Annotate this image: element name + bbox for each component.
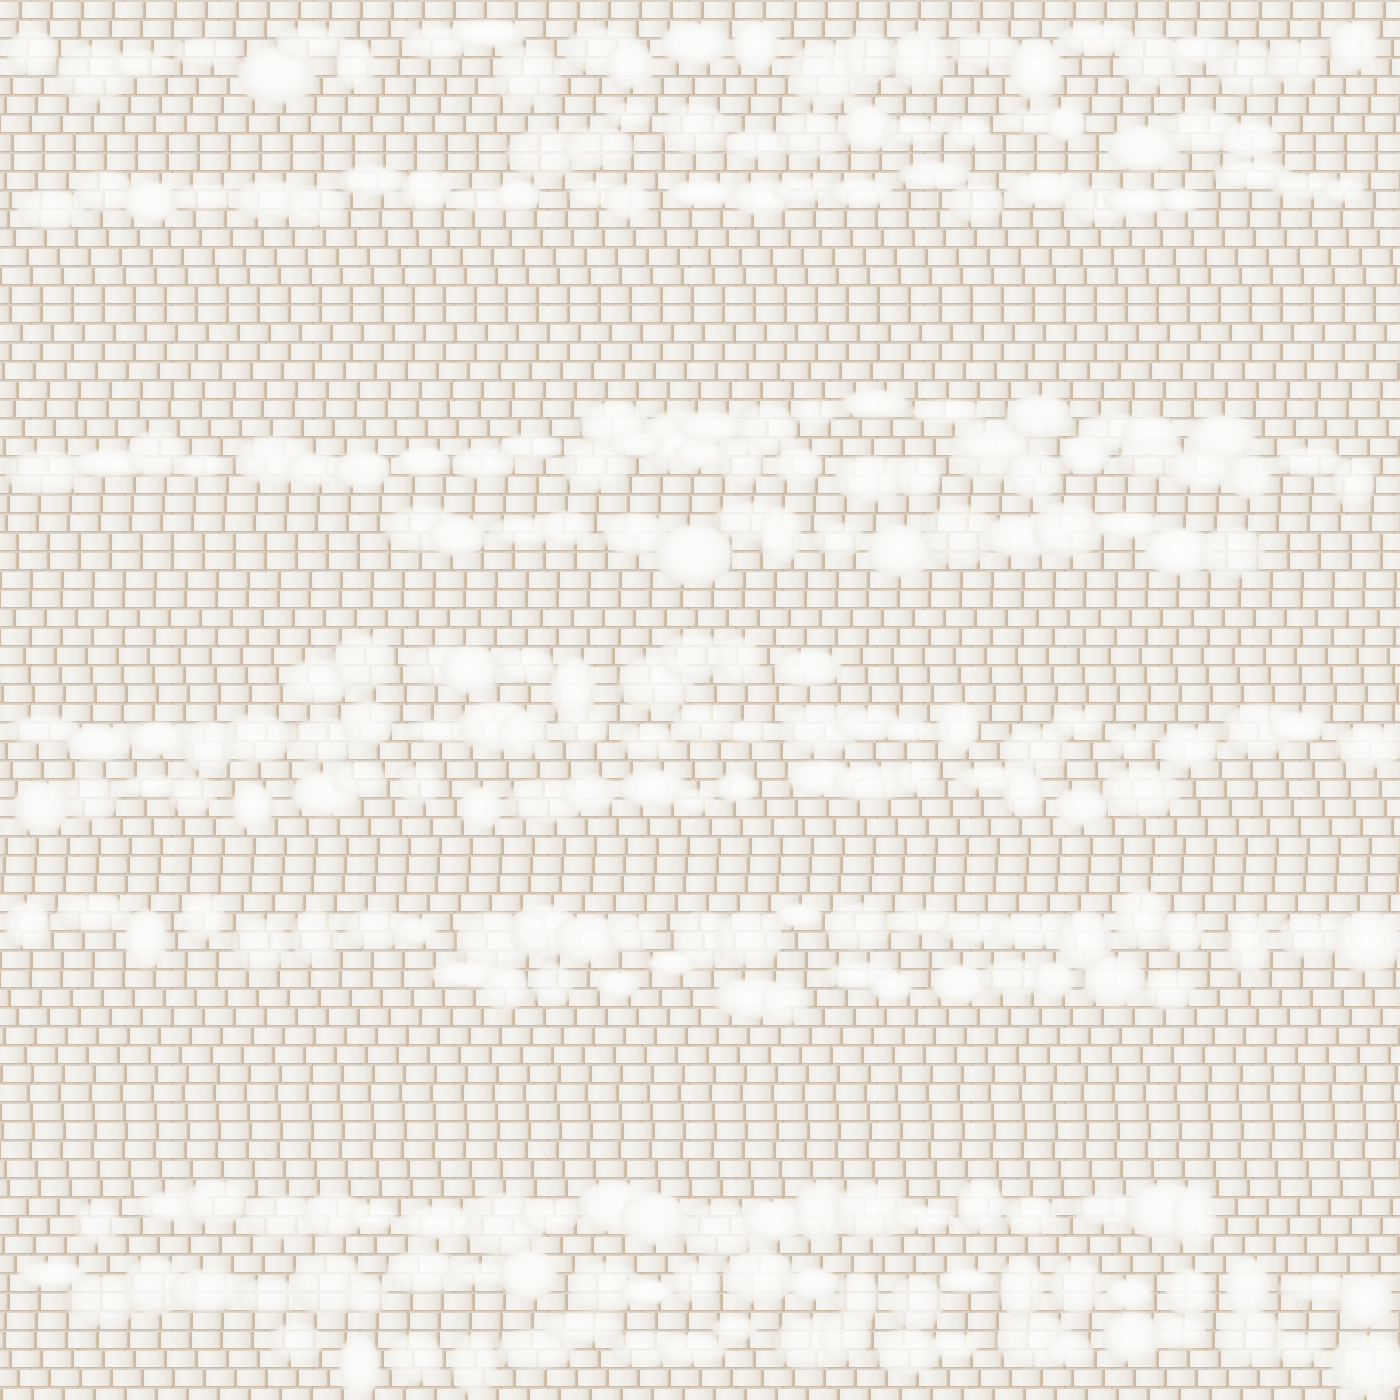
pile-cluster — [674, 789, 715, 812]
pile-cluster — [777, 112, 844, 157]
pile-cluster — [495, 181, 540, 211]
pile-cluster — [561, 775, 615, 811]
pile-cluster — [715, 912, 782, 966]
pile-cluster — [338, 166, 405, 197]
chenille-row — [0, 838, 1400, 854]
pile-cluster — [774, 448, 822, 483]
pile-cluster — [335, 42, 375, 89]
pile-cluster — [1322, 179, 1364, 202]
pile-cluster — [793, 400, 836, 426]
pile-cluster — [1032, 503, 1100, 557]
pile-cluster — [174, 38, 239, 66]
pile-cluster — [1268, 712, 1326, 742]
chenille-row — [0, 1104, 1400, 1120]
pile-cluster — [716, 773, 756, 801]
chenille-row — [0, 857, 1400, 873]
pile-cluster — [1226, 1258, 1269, 1317]
pile-cluster — [543, 1312, 622, 1343]
pile-cluster — [723, 1251, 795, 1303]
pile-cluster — [331, 762, 386, 795]
pile-cluster — [1003, 768, 1044, 817]
pile-cluster — [1061, 436, 1111, 474]
pile-cluster — [233, 919, 288, 972]
pile-cluster — [1218, 1311, 1285, 1365]
chenille-row — [0, 591, 1400, 607]
chenille-row — [0, 306, 1400, 322]
pile-cluster — [876, 1329, 939, 1375]
pile-cluster — [1083, 957, 1145, 1006]
pile-cluster — [621, 725, 677, 760]
chenille-row — [0, 1028, 1400, 1044]
chenille-row — [0, 876, 1400, 892]
pile-cluster — [667, 181, 737, 206]
pile-cluster — [563, 127, 633, 167]
pile-cluster — [597, 971, 639, 999]
pile-cluster — [1339, 1275, 1392, 1328]
pile-cluster — [7, 30, 57, 75]
pile-cluster — [930, 1333, 978, 1360]
pile-cluster — [292, 909, 337, 965]
pile-cluster — [1046, 107, 1086, 141]
chenille-row — [0, 287, 1400, 303]
chenille-row — [0, 1047, 1400, 1063]
chenille-row — [0, 344, 1400, 360]
pile-cluster — [1279, 915, 1343, 958]
pile-cluster — [999, 1259, 1043, 1317]
pile-cluster — [883, 118, 943, 144]
pile-cluster — [721, 720, 777, 743]
pile-cluster — [759, 507, 800, 563]
pile-cluster — [656, 525, 732, 585]
pile-cluster — [1278, 447, 1341, 476]
pile-cluster — [608, 916, 656, 953]
pile-cluster — [1220, 122, 1280, 159]
pile-cluster — [169, 776, 215, 813]
pile-cluster — [112, 50, 168, 78]
pile-cluster — [500, 1250, 558, 1300]
chenille-row — [0, 2, 1400, 18]
pile-cluster — [605, 184, 650, 219]
pile-cluster — [335, 451, 390, 488]
pile-cluster — [177, 454, 225, 477]
pile-cluster — [1160, 188, 1202, 212]
pile-cluster — [1052, 710, 1102, 737]
pile-cluster — [1333, 459, 1374, 507]
chenille-row — [0, 1161, 1400, 1177]
pile-cluster — [1331, 1335, 1400, 1395]
pile-cluster — [182, 894, 225, 940]
pile-cluster — [1228, 913, 1269, 973]
pile-cluster — [66, 726, 130, 760]
chenille-row — [0, 1123, 1400, 1139]
pile-cluster — [389, 1334, 442, 1382]
pile-cluster — [890, 1277, 944, 1329]
chenille-row — [0, 382, 1400, 398]
pile-cluster — [894, 762, 938, 793]
pile-cluster — [341, 701, 393, 746]
pile-cluster — [937, 703, 978, 753]
pile-cluster — [606, 103, 651, 127]
pile-cluster — [775, 651, 841, 685]
pile-cluster — [672, 1262, 720, 1302]
pile-cluster — [397, 447, 449, 477]
chenille-row — [0, 363, 1400, 379]
pile-cluster — [539, 511, 592, 545]
pile-cluster — [720, 439, 764, 486]
pile-cluster — [608, 432, 664, 458]
pile-cluster — [1010, 39, 1062, 100]
pile-cluster — [898, 162, 971, 189]
pile-cluster — [170, 184, 241, 210]
pile-cluster — [771, 178, 835, 202]
pile-cluster — [1110, 729, 1151, 756]
pile-cluster — [232, 784, 273, 829]
pile-cluster — [1200, 527, 1265, 578]
pile-cluster — [1154, 1316, 1206, 1349]
chenille-row — [0, 1066, 1400, 1082]
pile-cluster — [1103, 1312, 1159, 1362]
pile-cluster — [663, 104, 727, 154]
pile-cluster — [428, 517, 486, 556]
pile-cluster — [270, 1323, 323, 1362]
pile-cluster — [286, 186, 344, 225]
chenille-row — [0, 1370, 1400, 1386]
pile-cluster — [499, 434, 562, 461]
chenille-row — [0, 819, 1400, 835]
pile-cluster — [1158, 728, 1219, 769]
pile-cluster — [348, 1203, 396, 1230]
pile-cluster — [440, 646, 499, 693]
pile-cluster — [460, 787, 502, 830]
pile-cluster — [673, 442, 728, 467]
pile-cluster — [14, 782, 68, 833]
pile-cluster — [1275, 1333, 1322, 1364]
pile-cluster — [1336, 726, 1400, 768]
pile-cluster — [125, 910, 167, 969]
pile-cluster — [1008, 452, 1060, 500]
pile-cluster — [911, 400, 986, 424]
pile-cluster — [884, 719, 932, 741]
pile-cluster — [57, 895, 131, 931]
pile-cluster — [452, 1334, 497, 1395]
pile-cluster — [606, 43, 654, 88]
pile-cluster — [1051, 1260, 1103, 1314]
pile-cluster — [1106, 1279, 1153, 1309]
pile-cluster — [620, 1193, 687, 1245]
pile-cluster — [556, 712, 608, 745]
pile-cluster — [948, 184, 1004, 222]
chenille-row — [0, 154, 1400, 170]
pile-cluster — [74, 1203, 119, 1245]
pile-cluster — [1144, 970, 1195, 1009]
pile-cluster — [1002, 728, 1069, 770]
pile-cluster — [127, 431, 186, 477]
pile-cluster — [871, 972, 912, 1001]
pile-cluster — [532, 964, 573, 1006]
pile-cluster — [519, 1199, 579, 1232]
chenille-row — [0, 1142, 1400, 1158]
pile-cluster — [1269, 42, 1321, 86]
pile-cluster — [891, 31, 947, 88]
pile-cluster — [224, 714, 290, 763]
pile-cluster — [950, 33, 1019, 68]
pile-cluster — [661, 23, 730, 65]
pile-cluster — [5, 902, 50, 947]
chenille-row — [0, 610, 1400, 626]
pile-cluster — [1162, 912, 1204, 953]
pile-cluster — [496, 649, 553, 682]
pile-cluster — [399, 766, 440, 805]
pile-cluster — [867, 525, 932, 577]
pile-cluster — [892, 1206, 956, 1229]
pile-cluster — [819, 1313, 869, 1361]
pile-cluster — [339, 1336, 379, 1397]
pile-cluster — [947, 117, 990, 147]
pile-cluster — [1329, 22, 1378, 70]
pile-cluster — [1045, 1335, 1093, 1365]
pile-cluster — [495, 47, 560, 106]
pile-cluster — [789, 1268, 838, 1300]
pile-cluster — [450, 20, 526, 47]
fabric-texture — [0, 0, 1400, 1400]
pile-cluster — [717, 637, 759, 685]
chenille-row — [0, 268, 1400, 284]
pile-cluster — [185, 1180, 246, 1225]
pile-cluster — [1167, 451, 1236, 488]
pile-cluster — [826, 903, 890, 950]
pile-cluster — [1006, 1197, 1057, 1235]
pile-cluster — [63, 776, 119, 821]
pile-cluster — [842, 390, 908, 418]
pile-cluster — [895, 457, 940, 498]
pile-cluster — [332, 635, 394, 690]
chenille-row — [0, 211, 1400, 227]
chenille-row — [0, 249, 1400, 265]
pile-cluster — [1054, 789, 1108, 827]
pile-cluster — [843, 32, 893, 83]
chenille-row — [0, 325, 1400, 341]
pile-cluster — [673, 704, 731, 743]
pile-cluster — [1102, 768, 1180, 816]
chenille-row — [0, 686, 1400, 702]
pile-cluster — [1230, 455, 1272, 498]
pile-cluster — [1172, 1186, 1216, 1248]
pile-cluster — [1033, 962, 1074, 999]
pile-cluster — [1115, 890, 1169, 948]
pile-cluster — [482, 966, 528, 1010]
pile-cluster — [712, 1317, 758, 1340]
pile-cluster — [939, 1269, 992, 1292]
pile-cluster — [124, 182, 178, 222]
pile-cluster — [344, 1278, 389, 1314]
chenille-row — [0, 78, 1400, 94]
pile-cluster — [1334, 912, 1400, 972]
pile-cluster — [170, 1269, 242, 1312]
pile-cluster — [401, 170, 450, 210]
pile-cluster — [761, 980, 809, 1024]
chenille-row — [0, 1085, 1400, 1101]
pile-cluster — [733, 21, 778, 71]
pile-cluster — [1166, 1269, 1211, 1316]
chenille-row — [0, 230, 1400, 246]
pile-cluster — [775, 904, 822, 927]
pile-cluster — [815, 523, 864, 556]
pile-cluster — [648, 952, 696, 976]
chenille-row — [0, 1389, 1400, 1400]
pile-cluster — [957, 1180, 1003, 1232]
pile-cluster — [620, 1280, 674, 1304]
pile-cluster — [129, 722, 185, 755]
chenille-row — [0, 1009, 1400, 1025]
pile-cluster — [394, 918, 437, 944]
pile-cluster — [829, 179, 892, 206]
pile-cluster — [497, 712, 552, 755]
chenille-row — [0, 496, 1400, 512]
pile-cluster — [932, 965, 987, 1003]
pile-cluster — [656, 1334, 727, 1364]
